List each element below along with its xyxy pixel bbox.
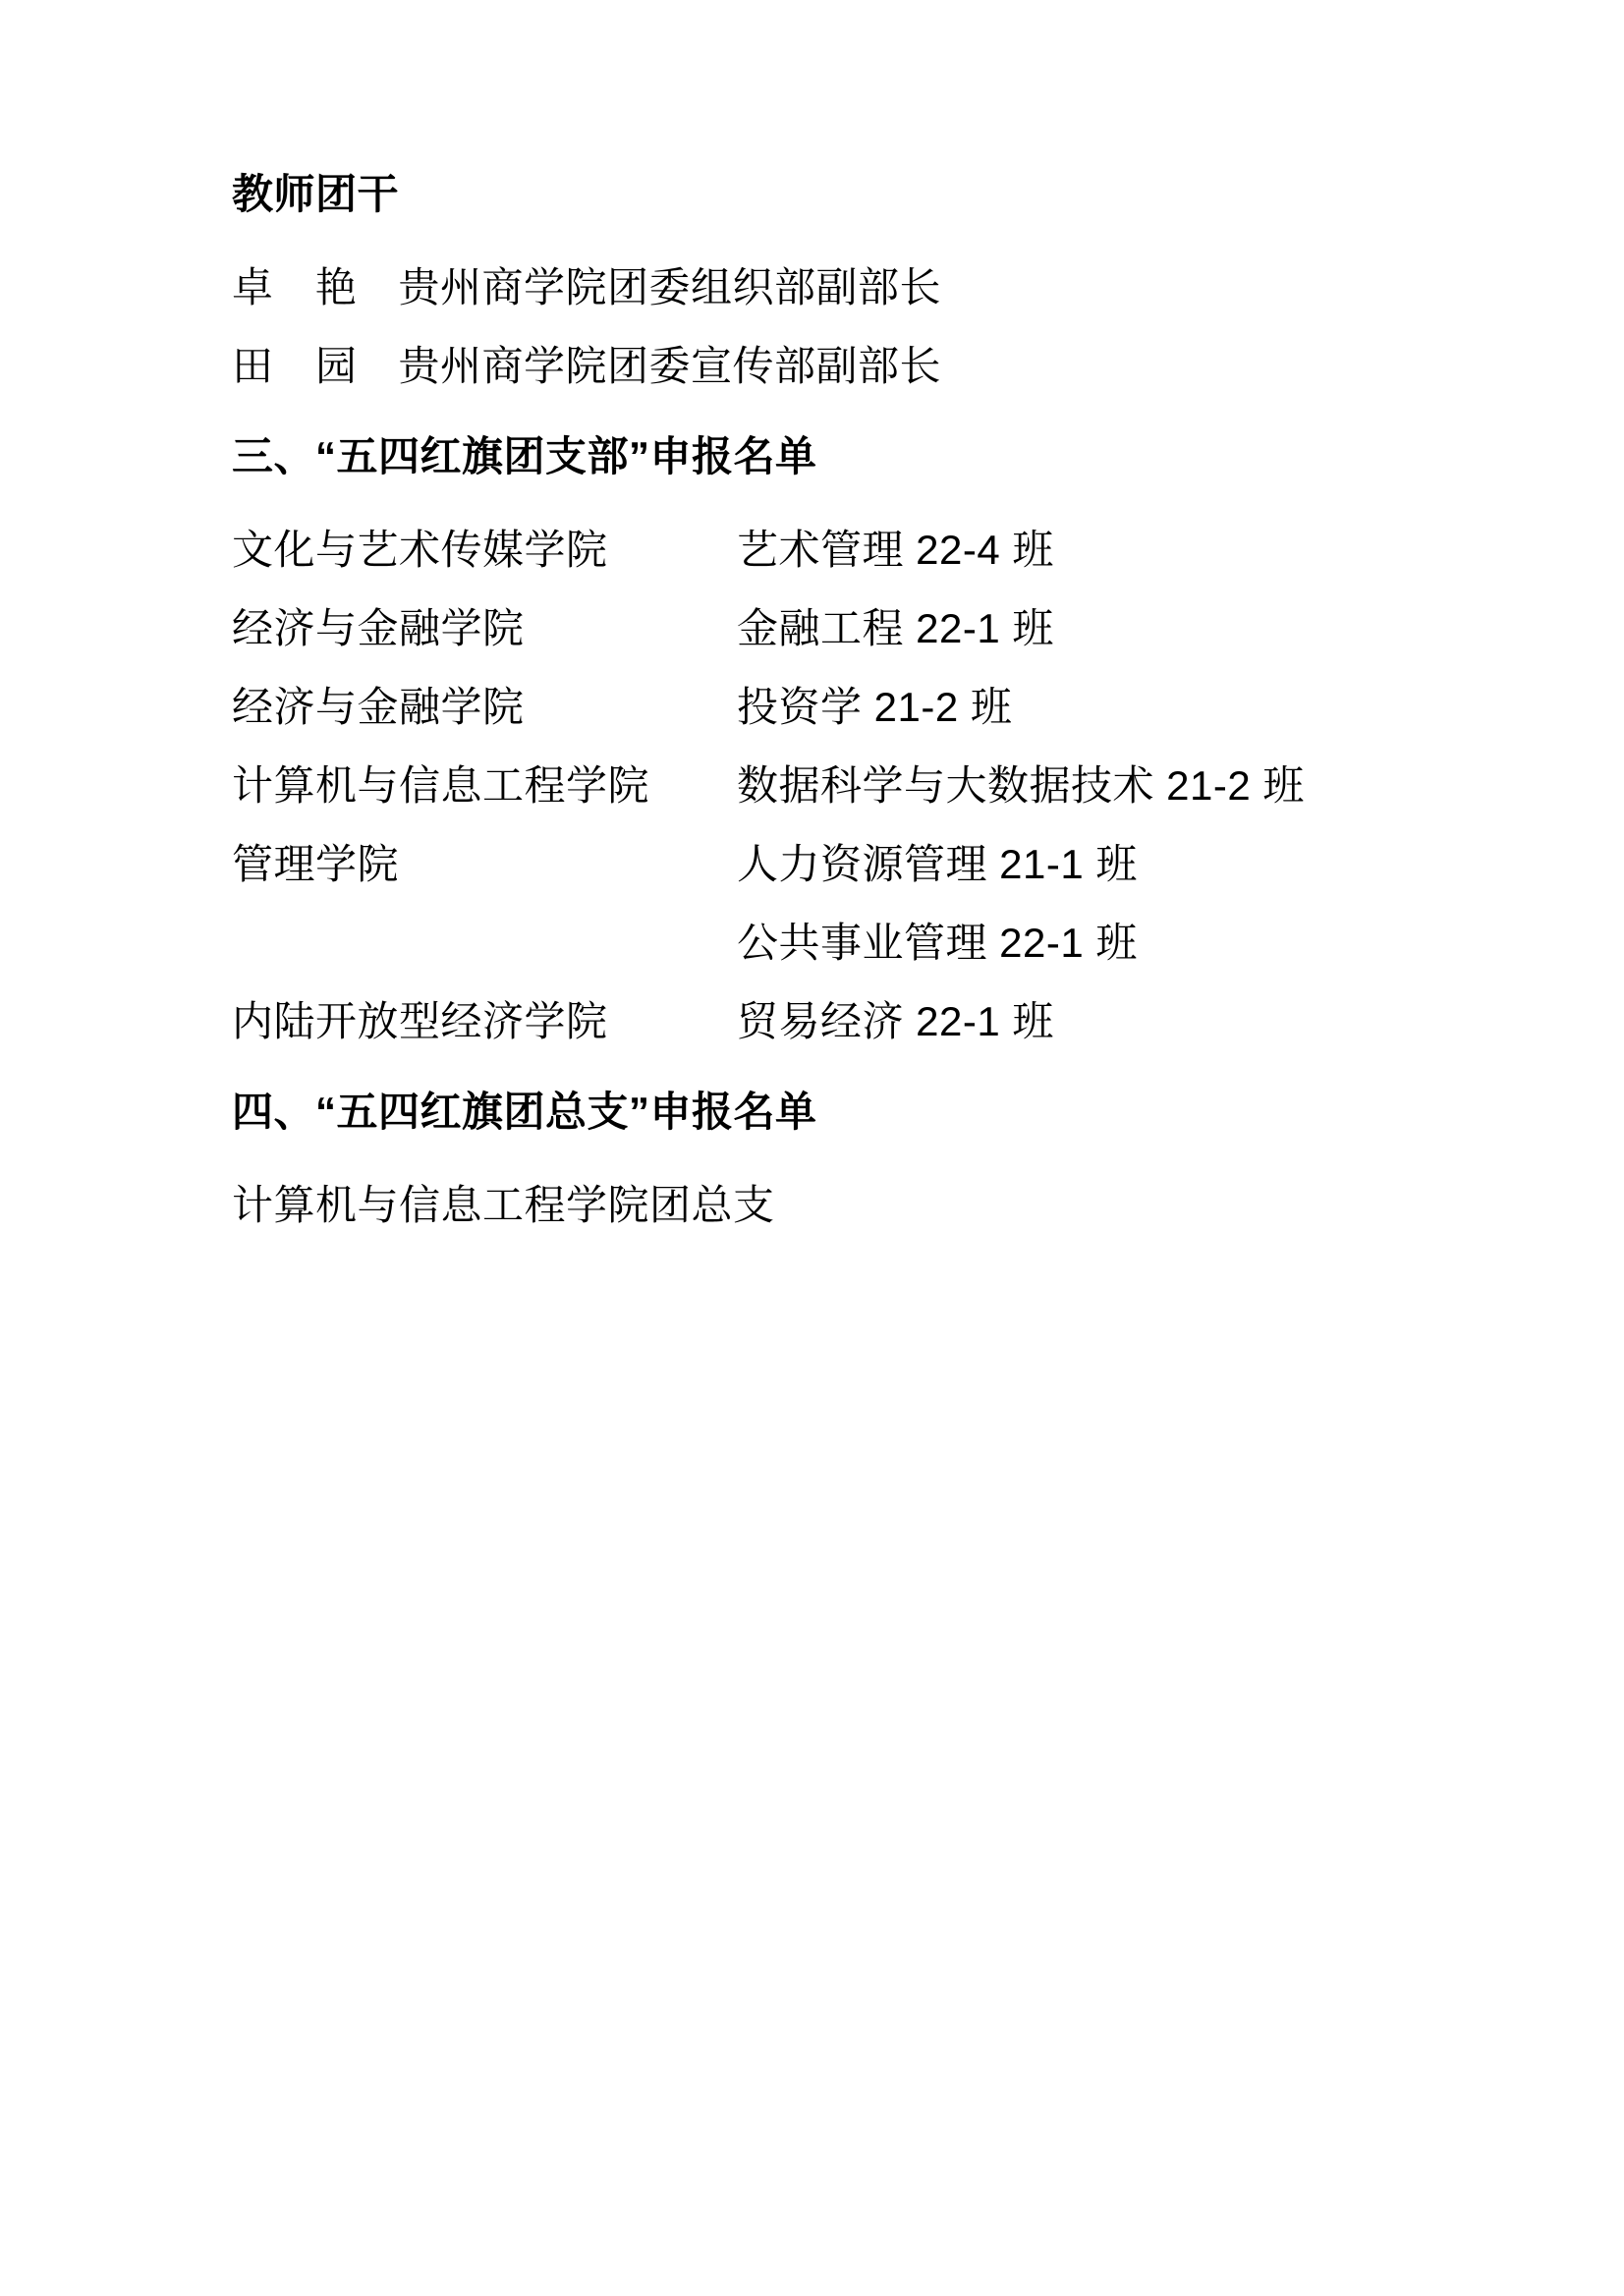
- teacher-row: 卓 艳贵州商学院团委组织部副部长: [232, 249, 1467, 327]
- college-name: 内陆开放型经济学院: [232, 982, 737, 1061]
- teacher-title: 贵州商学院团委组织部副部长: [399, 264, 942, 310]
- teacher-name: 卓 艳: [232, 249, 358, 327]
- class-name: 金融工程 22-1 班: [737, 589, 1054, 668]
- college-name: 管理学院: [232, 825, 737, 904]
- teacher-section-heading: 教师团干: [232, 155, 1467, 234]
- teacher-name: 田 园: [232, 327, 358, 406]
- branch-section-heading: 三、“五四红旗团支部”申报名单: [232, 418, 1467, 496]
- branch-row: 经济与金融学院投资学 21-2 班: [232, 668, 1467, 747]
- general-branch-section-heading: 四、“五四红旗团总支”申报名单: [232, 1073, 1467, 1151]
- document-page: 教师团干 卓 艳贵州商学院团委组织部副部长 田 园贵州商学院团委宣传部副部长 三…: [232, 143, 1467, 1245]
- branch-row: 内陆开放型经济学院贸易经济 22-1 班: [232, 982, 1467, 1061]
- class-name: 艺术管理 22-4 班: [737, 511, 1054, 589]
- class-name: 数据科学与大数据技术 21-2 班: [737, 747, 1305, 825]
- branch-row: 计算机与信息工程学院数据科学与大数据技术 21-2 班: [232, 747, 1467, 825]
- college-name: 经济与金融学院: [232, 668, 737, 747]
- class-name: 贸易经济 22-1 班: [737, 982, 1054, 1061]
- branch-row: 管理学院人力资源管理 21-1 班: [232, 825, 1467, 904]
- branch-row: 公共事业管理 22-1 班: [232, 904, 1467, 982]
- class-name: 投资学 21-2 班: [737, 668, 1012, 747]
- class-name: 人力资源管理 21-1 班: [737, 825, 1138, 904]
- college-name: 经济与金融学院: [232, 589, 737, 668]
- general-branch-item: 计算机与信息工程学院团总支: [232, 1166, 1467, 1245]
- teacher-row: 田 园贵州商学院团委宣传部副部长: [232, 327, 1467, 406]
- teacher-title: 贵州商学院团委宣传部副部长: [399, 343, 942, 389]
- college-name: 计算机与信息工程学院: [232, 747, 737, 825]
- branch-row: 经济与金融学院金融工程 22-1 班: [232, 589, 1467, 668]
- college-name: 文化与艺术传媒学院: [232, 511, 737, 589]
- branch-row: 文化与艺术传媒学院艺术管理 22-4 班: [232, 511, 1467, 589]
- class-name: 公共事业管理 22-1 班: [737, 904, 1138, 982]
